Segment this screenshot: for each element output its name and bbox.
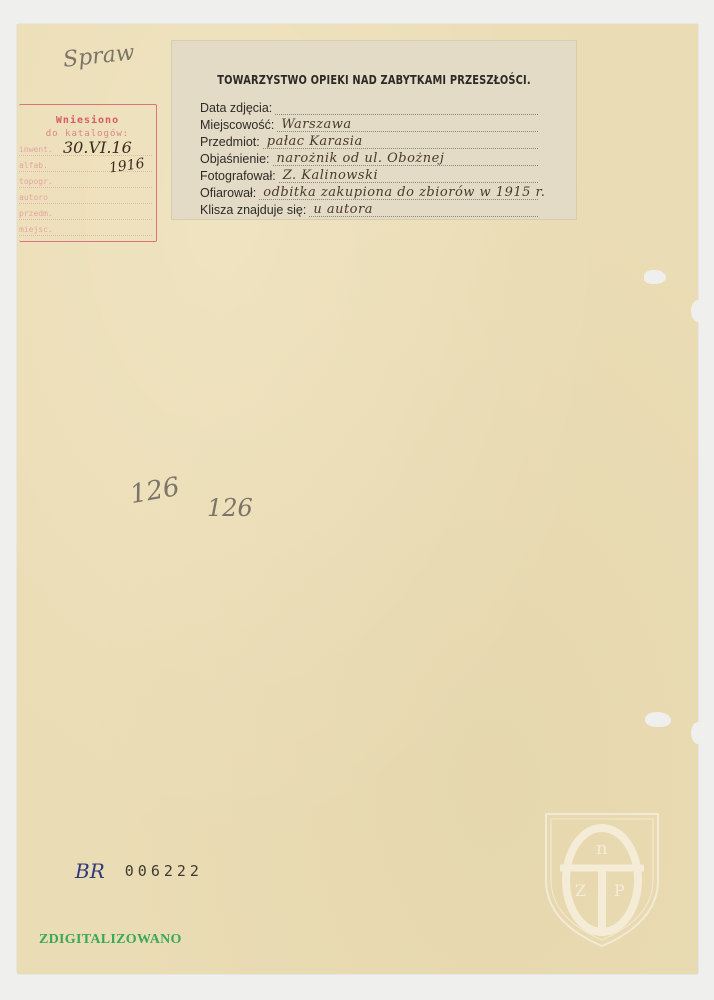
stamp-line: miejsc. <box>19 225 152 236</box>
info-label: TOWARZYSTWO OPIEKI NAD ZABYTKAMI PRZESZŁ… <box>171 40 577 220</box>
field-photographer: Fotografował: Z. Kalinowski <box>200 167 538 183</box>
field-donor: Ofiarował: odbitka zakupiona do zbiorów … <box>200 184 538 200</box>
punch-hole <box>691 722 705 744</box>
field-location: Miejscowość: Warszawa <box>200 116 538 132</box>
field-subject: Przedmiot: pałac Karasia <box>200 133 538 149</box>
tonzp-emblem-watermark-icon: n Z P <box>542 810 662 950</box>
document-page: Spraw Wniesiono do katalogów: inwent. al… <box>17 24 698 974</box>
svg-text:n: n <box>596 838 608 859</box>
torn-hole <box>644 270 666 284</box>
stamp-line: topogr. <box>19 177 152 188</box>
pencil-number: 126 <box>128 472 182 510</box>
registry-prefix: BR <box>75 859 105 883</box>
field-negative-location: Klisza znajduje się: u autora <box>200 201 538 217</box>
field-photo-date: Data zdjęcia: <box>200 99 538 115</box>
stamp-year: 1916 <box>108 156 146 177</box>
torn-hole <box>645 712 671 727</box>
svg-text:P: P <box>614 881 625 900</box>
stamp-line: autoro <box>19 193 152 204</box>
top-pencil-note: Spraw <box>62 40 136 72</box>
pencil-number: 126 <box>207 494 253 522</box>
registry-code: 006222 <box>125 862 203 880</box>
label-title: TOWARZYSTWO OPIEKI NAD ZABYTKAMI PRZESZŁ… <box>208 73 539 87</box>
digitized-stamp: ZDIGITALIZOWANO <box>39 932 182 948</box>
punch-hole <box>691 300 705 322</box>
catalog-stamp: Wniesiono do katalogów: inwent. alfab. t… <box>19 104 157 242</box>
stamp-date: 30.VI.16 <box>63 138 132 157</box>
svg-text:Z: Z <box>575 881 586 900</box>
registry-number: BR 006222 <box>75 859 203 883</box>
field-description: Objaśnienie: narożnik od ul. Obożnej <box>200 150 538 166</box>
stamp-line: przedm. <box>19 209 152 220</box>
stamp-title: Wniesiono <box>19 115 156 126</box>
